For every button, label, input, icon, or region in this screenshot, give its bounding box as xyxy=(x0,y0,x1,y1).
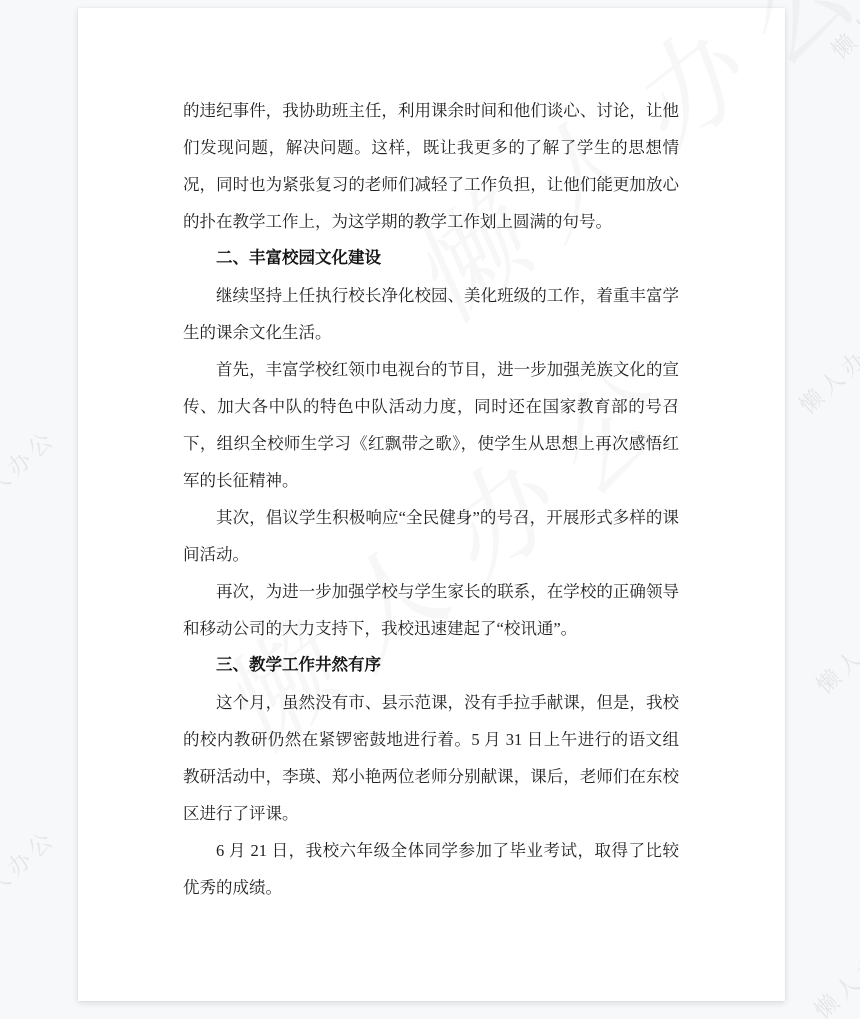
paragraph: 这个月，虽然没有市、县示范课，没有手拉手献课，但是，我校的校内教研仍然在紧锣密鼓… xyxy=(183,684,679,832)
document-page: 的违纪事件，我协助班主任，利用课余时间和他们谈心、讨论，让他们发现问题，解决问题… xyxy=(78,8,785,1001)
screenshot-canvas: { "watermark": { "text": "懒人办公" }, "page… xyxy=(0,0,860,1019)
paragraph-continuation: 的违纪事件，我协助班主任，利用课余时间和他们谈心、讨论，让他们发现问题，解决问题… xyxy=(183,92,679,240)
paragraph: 首先，丰富学校红领巾电视台的节目，进一步加强羌族文化的宣传、加大各中队的特色中队… xyxy=(183,351,679,499)
paragraph: 6 月 21 日，我校六年级全体同学参加了毕业考试，取得了比较优秀的成绩。 xyxy=(183,832,679,906)
watermark-text: 懒人办公 xyxy=(0,424,62,520)
paragraph: 其次，倡议学生积极响应“全民健身”的号召，开展形式多样的课间活动。 xyxy=(183,499,679,573)
paragraph: 再次，为进一步加强学校与学生家长的联系，在学校的正确领导和移动公司的大力支持下，… xyxy=(183,573,679,647)
watermark-text: 懒人办公 xyxy=(809,929,860,1019)
section-heading-3: 三、教学工作井然有序 xyxy=(183,647,679,684)
paragraph: 继续坚持上任执行校长净化校园、美化班级的工作，着重丰富学生的课余文化生活。 xyxy=(183,277,679,351)
watermark-text: 懒人办公 xyxy=(794,324,860,420)
watermark-text: 懒人办公 xyxy=(811,604,860,700)
watermark-text: 懒人办公 xyxy=(826,0,860,64)
watermark-text: 懒人办公 xyxy=(0,824,62,920)
section-heading-2: 二、丰富校园文化建设 xyxy=(183,240,679,277)
